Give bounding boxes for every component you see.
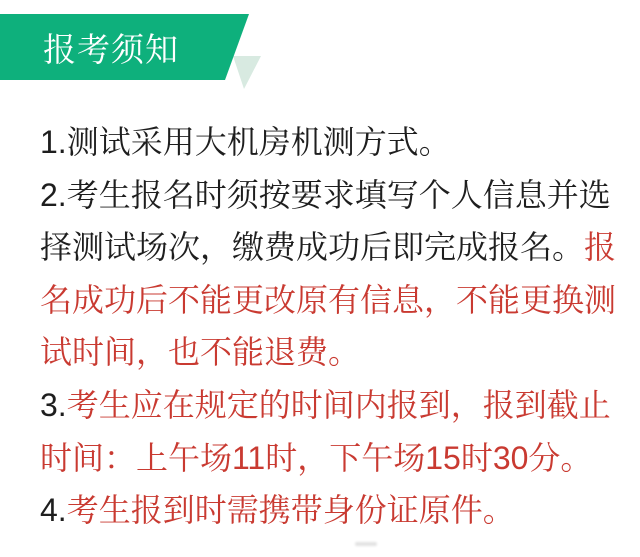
notice-line-6: 3.考生应在规定的时间内报到，报到截止 [40, 379, 625, 432]
notice-line-1: 1.测试采用大机房机测方式。 [40, 116, 625, 169]
notice-line-2-text: 2.考生报名时须按要求填写个人信息并选 [40, 177, 611, 213]
notice-line-4-text: 名成功后不能更改原有信息，不能更换测 [40, 282, 616, 318]
notice-line-1-text: 1.测试采用大机房机测方式。 [40, 124, 451, 160]
notice-body: 1.测试采用大机房机测方式。 2.考生报名时须按要求填写个人信息并选 择测试场次… [40, 116, 625, 537]
notice-line-6-number: 3. [40, 387, 67, 423]
notice-line-4: 名成功后不能更改原有信息，不能更换测 [40, 274, 625, 327]
smudge-mark [355, 542, 377, 546]
notice-line-3-text-black: 择测试场次，缴费成功后即完成报名。 [40, 229, 584, 265]
notice-line-6-text: 考生应在规定的时间内报到，报到截止 [67, 387, 611, 423]
notice-line-8-text: 考生报到时需携带身份证原件。 [67, 492, 515, 528]
banner-title: 报考须知 [0, 14, 179, 80]
notice-card: 报考须知 1.测试采用大机房机测方式。 2.考生报名时须按要求填写个人信息并选 … [0, 0, 640, 557]
notice-line-5: 试时间，也不能退费。 [40, 326, 625, 379]
ribbon-fold-triangle [233, 56, 261, 89]
notice-line-3-text-red: 报 [584, 229, 616, 265]
notice-line-3: 择测试场次，缴费成功后即完成报名。报 [40, 221, 625, 274]
notice-line-7-text: 时间：上午场11时，下午场15时30分。 [40, 440, 592, 476]
notice-line-2: 2.考生报名时须按要求填写个人信息并选 [40, 169, 625, 222]
notice-line-8-number: 4. [40, 492, 67, 528]
notice-line-8: 4.考生报到时需携带身份证原件。 [40, 484, 625, 537]
notice-line-5-text: 试时间，也不能退费。 [40, 334, 360, 370]
notice-line-7: 时间：上午场11时，下午场15时30分。 [40, 432, 625, 485]
